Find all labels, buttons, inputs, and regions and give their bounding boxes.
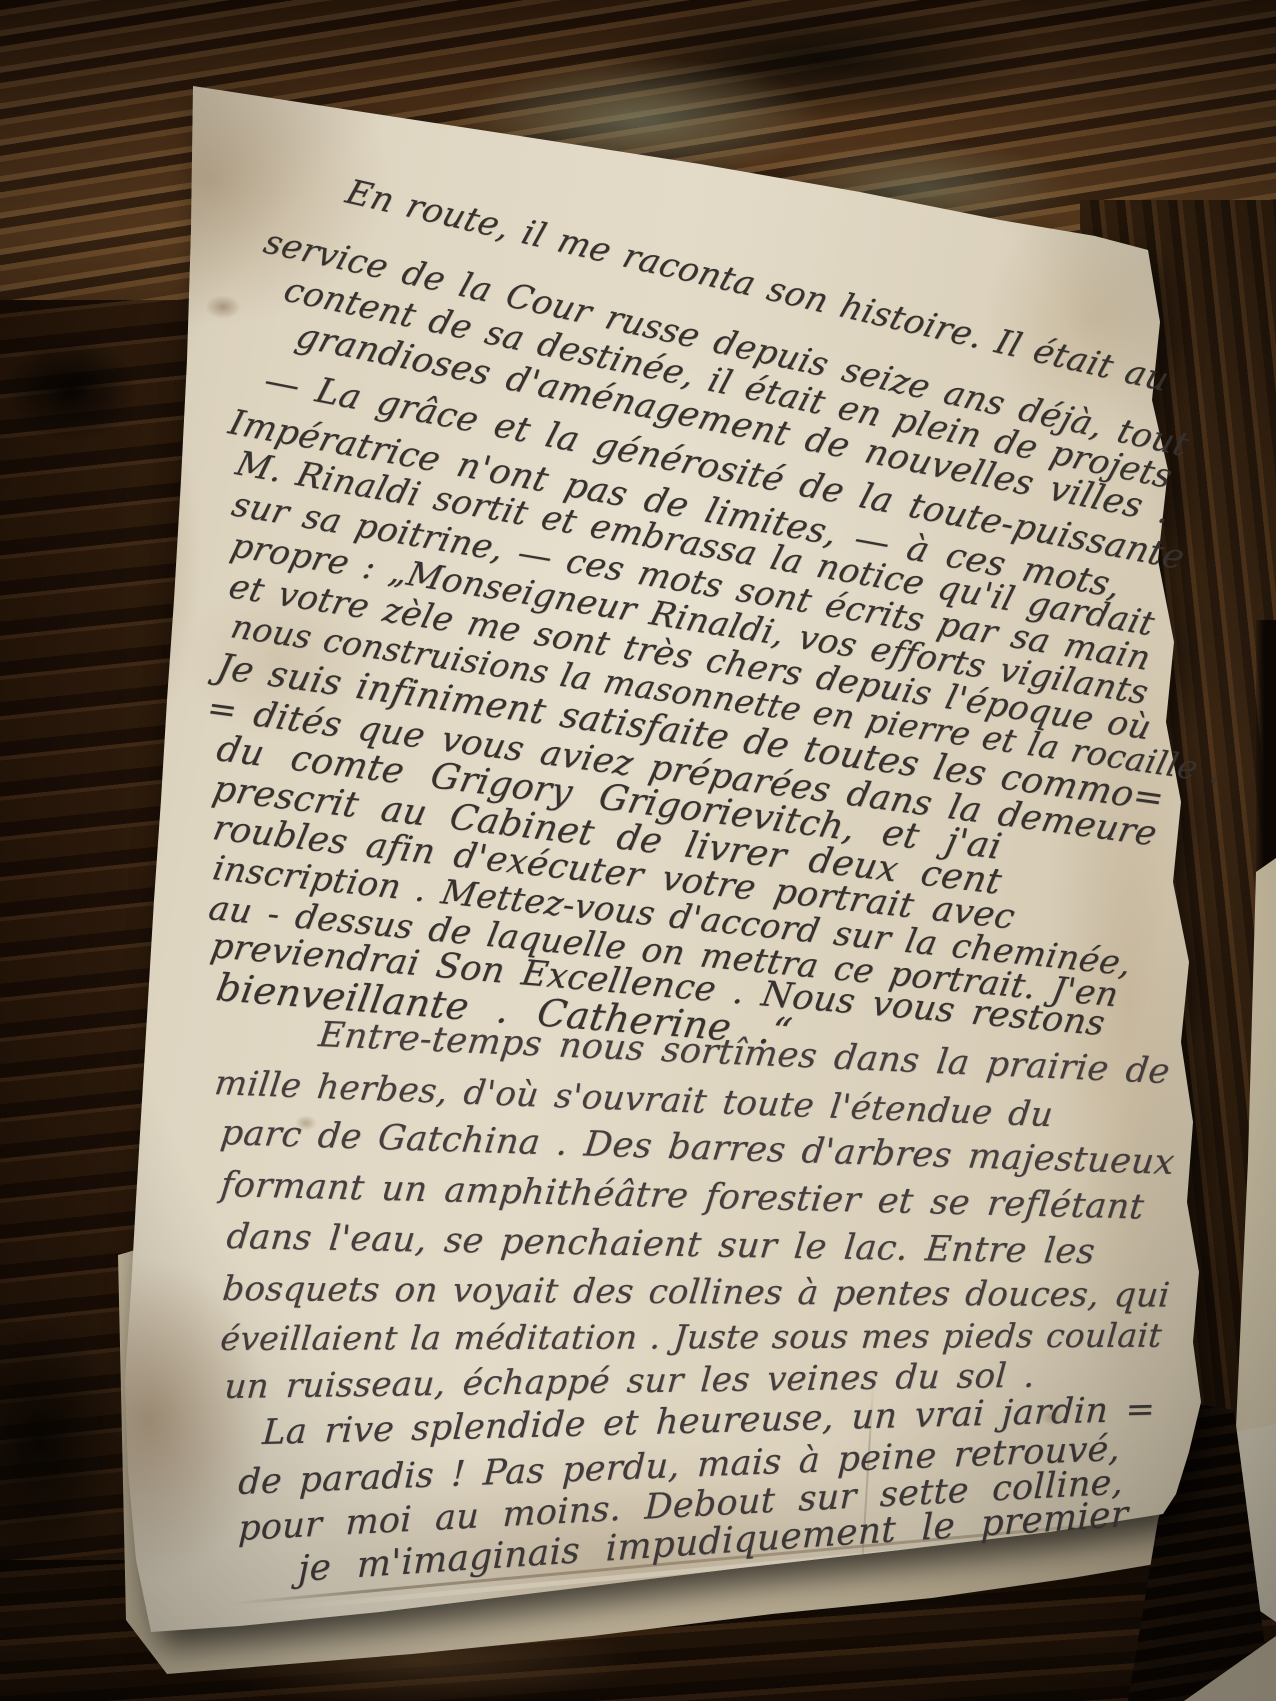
handwriting-layer: En route, il me raconta son histoire. Il… xyxy=(0,0,1276,1701)
manuscript-line: dans l'eau, se penchaient sur le lac. En… xyxy=(225,1217,1097,1272)
manuscript-line: éveillaient la méditation . Juste sous m… xyxy=(219,1316,1164,1358)
manuscript-line: bosquets on voyait des collines à pentes… xyxy=(221,1269,1172,1316)
photo-scene: { "photo": { "description": "Handwritten… xyxy=(0,0,1276,1701)
